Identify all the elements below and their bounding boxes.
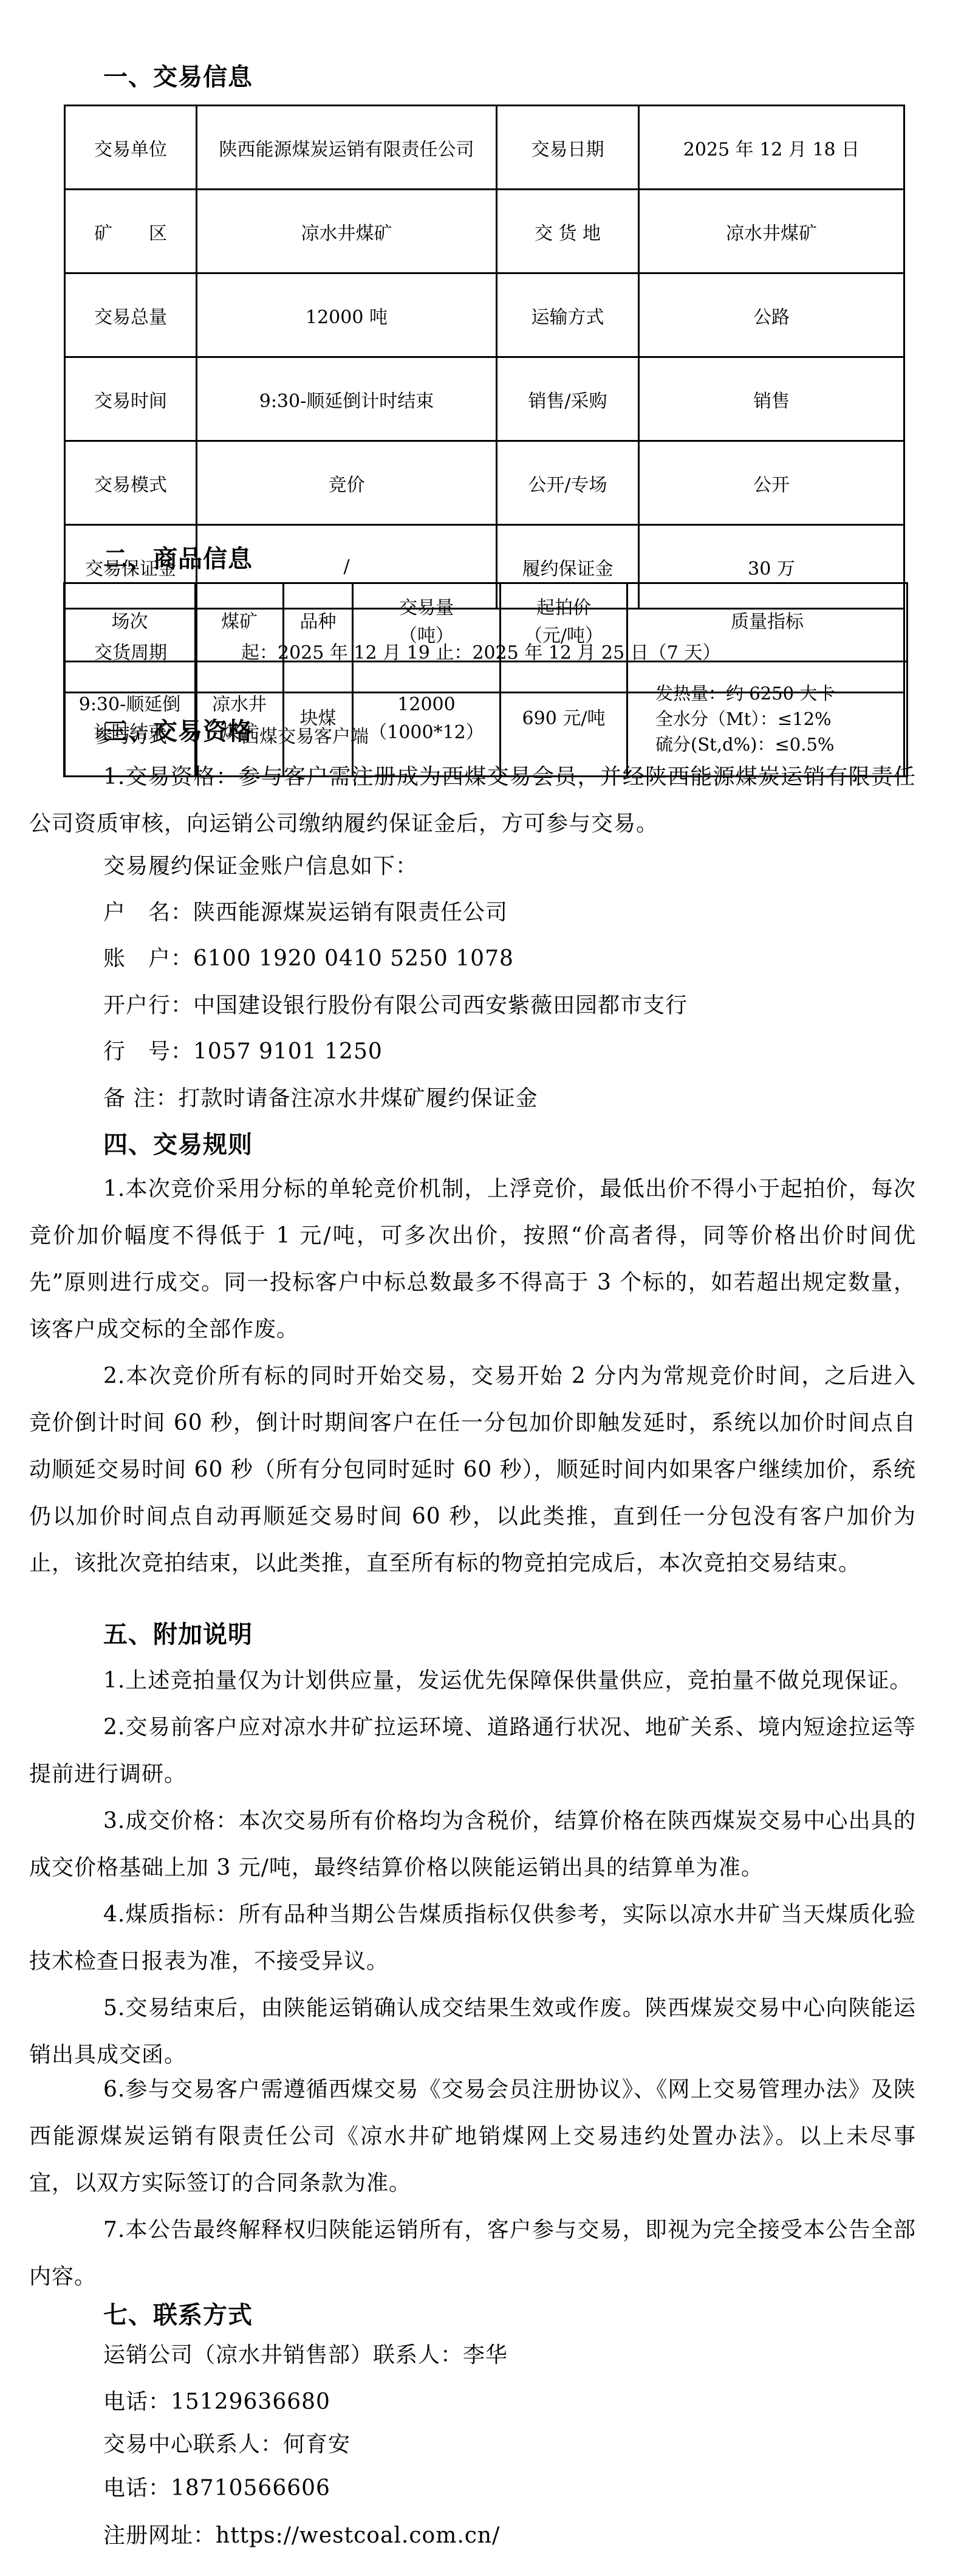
table-row: 矿 区 凉水井煤矿 交 货 地 凉水井煤矿 xyxy=(65,190,904,273)
label-delivery-place: 交 货 地 xyxy=(497,190,639,273)
header-quality: 质量指标 xyxy=(627,583,908,662)
sales-phone: 电话：15129636680 xyxy=(103,2388,330,2417)
label-public-private: 公开/专场 xyxy=(497,441,639,525)
sales-contact: 运销公司（凉水井销售部）联系人：李华 xyxy=(103,2341,508,2370)
account-intro: 交易履约保证金账户信息如下： xyxy=(103,852,418,881)
account-name-line: 户 名：陕西能源煤炭运销有限责任公司 xyxy=(103,898,508,927)
note-6: 6.参与交易客户需遵循西煤交易《交易会员注册协议》、《网上交易管理办法》及陕西能… xyxy=(29,2066,916,2207)
label-trade-time: 交易时间 xyxy=(65,357,197,441)
table-row: 交易时间 9:30-顺延倒计时结束 销售/采购 销售 xyxy=(65,357,904,441)
label-mine-area: 矿 区 xyxy=(65,190,197,273)
label-sale-purchase: 销售/采购 xyxy=(497,357,639,441)
note-4: 4.煤质指标：所有品种当期公告煤质指标仅供参考，实际以凉水井矿当天煤质化验技术检… xyxy=(29,1891,916,1985)
bank-number-label: 行 号： xyxy=(103,1039,193,1064)
table-row: 交易单位 陕西能源煤炭运销有限责任公司 交易日期 2025 年 12 月 18 … xyxy=(65,106,904,190)
note-1: 1.上述竞拍量仅为计划供应量，发运优先保障保供量供应，竞拍量不做兑现保证。 xyxy=(29,1657,916,1704)
account-number-line: 账 户：6100 1920 0410 5250 1078 xyxy=(103,944,514,974)
section-title-product-info: 二、商品信息 xyxy=(103,540,253,574)
center-phone: 电话：18710566606 xyxy=(103,2474,330,2503)
label-transport: 运输方式 xyxy=(497,273,639,357)
product-info-table: 场次 煤矿 品种 交易量 （吨） 起拍价 （元/吨） 质量指标 9:30-顺延倒… xyxy=(63,582,908,777)
label-trade-mode: 交易模式 xyxy=(65,441,197,525)
note-3: 3.成交价格：本次交易所有价格均为含税价，结算价格在陕西煤炭交易中心出具的成交价… xyxy=(29,1798,916,1891)
table-row: 交易总量 12000 吨 运输方式 公路 xyxy=(65,273,904,357)
center-contact: 交易中心联系人：何育安 xyxy=(103,2430,350,2459)
header-variety: 品种 xyxy=(284,583,353,662)
value-sale-purchase: 销售 xyxy=(639,357,904,441)
volume-detail: （1000*12） xyxy=(354,719,499,747)
bank-name: 中国建设银行股份有限公司西安紫薇田园都市支行 xyxy=(193,993,688,1018)
account-number-label: 账 户： xyxy=(103,946,193,971)
note-5: 5.交易结束后，由陕能运销确认成交结果生效或作废。陕西煤炭交易中心向陕能运销出具… xyxy=(29,1985,916,2078)
section-title-rules: 四、交易规则 xyxy=(103,1125,253,1160)
quality-moisture: 全水分（Mt）：≤12% xyxy=(655,706,906,732)
label-total-volume: 交易总量 xyxy=(65,273,197,357)
account-name-label: 户 名： xyxy=(103,900,193,925)
remark-label: 备 注： xyxy=(103,1086,178,1111)
quality-calorific: 发热量：约 6250 大卡 xyxy=(655,681,906,706)
label-trade-unit: 交易单位 xyxy=(65,106,197,190)
section-title-contact: 七、联系方式 xyxy=(103,2296,253,2330)
qualification-paragraph: 1.交易资格：参与客户需注册成为西煤交易会员，并经陕西能源煤炭运销有限责任公司资… xyxy=(29,754,916,847)
volume-value: 12000 xyxy=(354,691,499,720)
account-name: 陕西能源煤炭运销有限责任公司 xyxy=(193,900,508,925)
section-title-qualification: 三、交易资格 xyxy=(103,712,253,747)
register-line: 注册网址：https://westcoal.com.cn/ xyxy=(103,2521,500,2550)
rule-2: 2.本次竞价所有标的同时开始交易，交易开始 2 分内为常规竞价时间，之后进入竞价… xyxy=(29,1353,916,1587)
bank-line: 开户行：中国建设银行股份有限公司西安紫薇田园都市支行 xyxy=(103,991,688,1020)
value-trade-unit: 陕西能源煤炭运销有限责任公司 xyxy=(197,106,497,190)
register-label: 注册网址： xyxy=(103,2523,216,2548)
bank-number: 1057 9101 1250 xyxy=(193,1039,383,1064)
value-total-volume: 12000 吨 xyxy=(197,273,497,357)
register-url-link[interactable]: https://westcoal.com.cn/ xyxy=(216,2523,500,2548)
value-trade-mode: 竞价 xyxy=(197,441,497,525)
header-start-price: 起拍价 （元/吨） xyxy=(501,583,627,662)
table-header-row: 场次 煤矿 品种 交易量 （吨） 起拍价 （元/吨） 质量指标 xyxy=(64,583,908,662)
value-transport: 公路 xyxy=(639,273,904,357)
value-trade-date: 2025 年 12 月 18 日 xyxy=(639,106,904,190)
value-public-private: 公开 xyxy=(639,441,904,525)
header-volume: 交易量 （吨） xyxy=(353,583,501,662)
rule-1: 1.本次竞价采用分标的单轮竞价机制，上浮竞价，最低出价不得小于起拍价，每次竞价加… xyxy=(29,1166,916,1353)
account-number: 6100 1920 0410 5250 1078 xyxy=(193,946,514,971)
note-7: 7.本公告最终解释权归陕能运销所有，客户参与交易，即视为完全接受本公告全部内容。 xyxy=(29,2207,916,2300)
bank-number-line: 行 号：1057 9101 1250 xyxy=(103,1037,383,1066)
note-2: 2.交易前客户应对凉水井矿拉运环境、道路通行状况、地矿关系、境内短途拉运等提前进… xyxy=(29,1704,916,1798)
section-title-trade-info: 一、交易信息 xyxy=(103,58,253,92)
value-trade-time: 9:30-顺延倒计时结束 xyxy=(197,357,497,441)
header-session: 场次 xyxy=(64,583,196,662)
remark-text: 打款时请备注凉水井煤矿履约保证金 xyxy=(178,1086,538,1111)
value-delivery-place: 凉水井煤矿 xyxy=(639,190,904,273)
section-title-notes: 五、附加说明 xyxy=(103,1615,253,1650)
bank-label: 开户行： xyxy=(103,993,193,1018)
header-mine: 煤矿 xyxy=(196,583,284,662)
table-row: 交易模式 竞价 公开/专场 公开 xyxy=(65,441,904,525)
value-mine-area: 凉水井煤矿 xyxy=(197,190,497,273)
remark-line: 备 注：打款时请备注凉水井煤矿履约保证金 xyxy=(103,1084,538,1113)
label-trade-date: 交易日期 xyxy=(497,106,639,190)
